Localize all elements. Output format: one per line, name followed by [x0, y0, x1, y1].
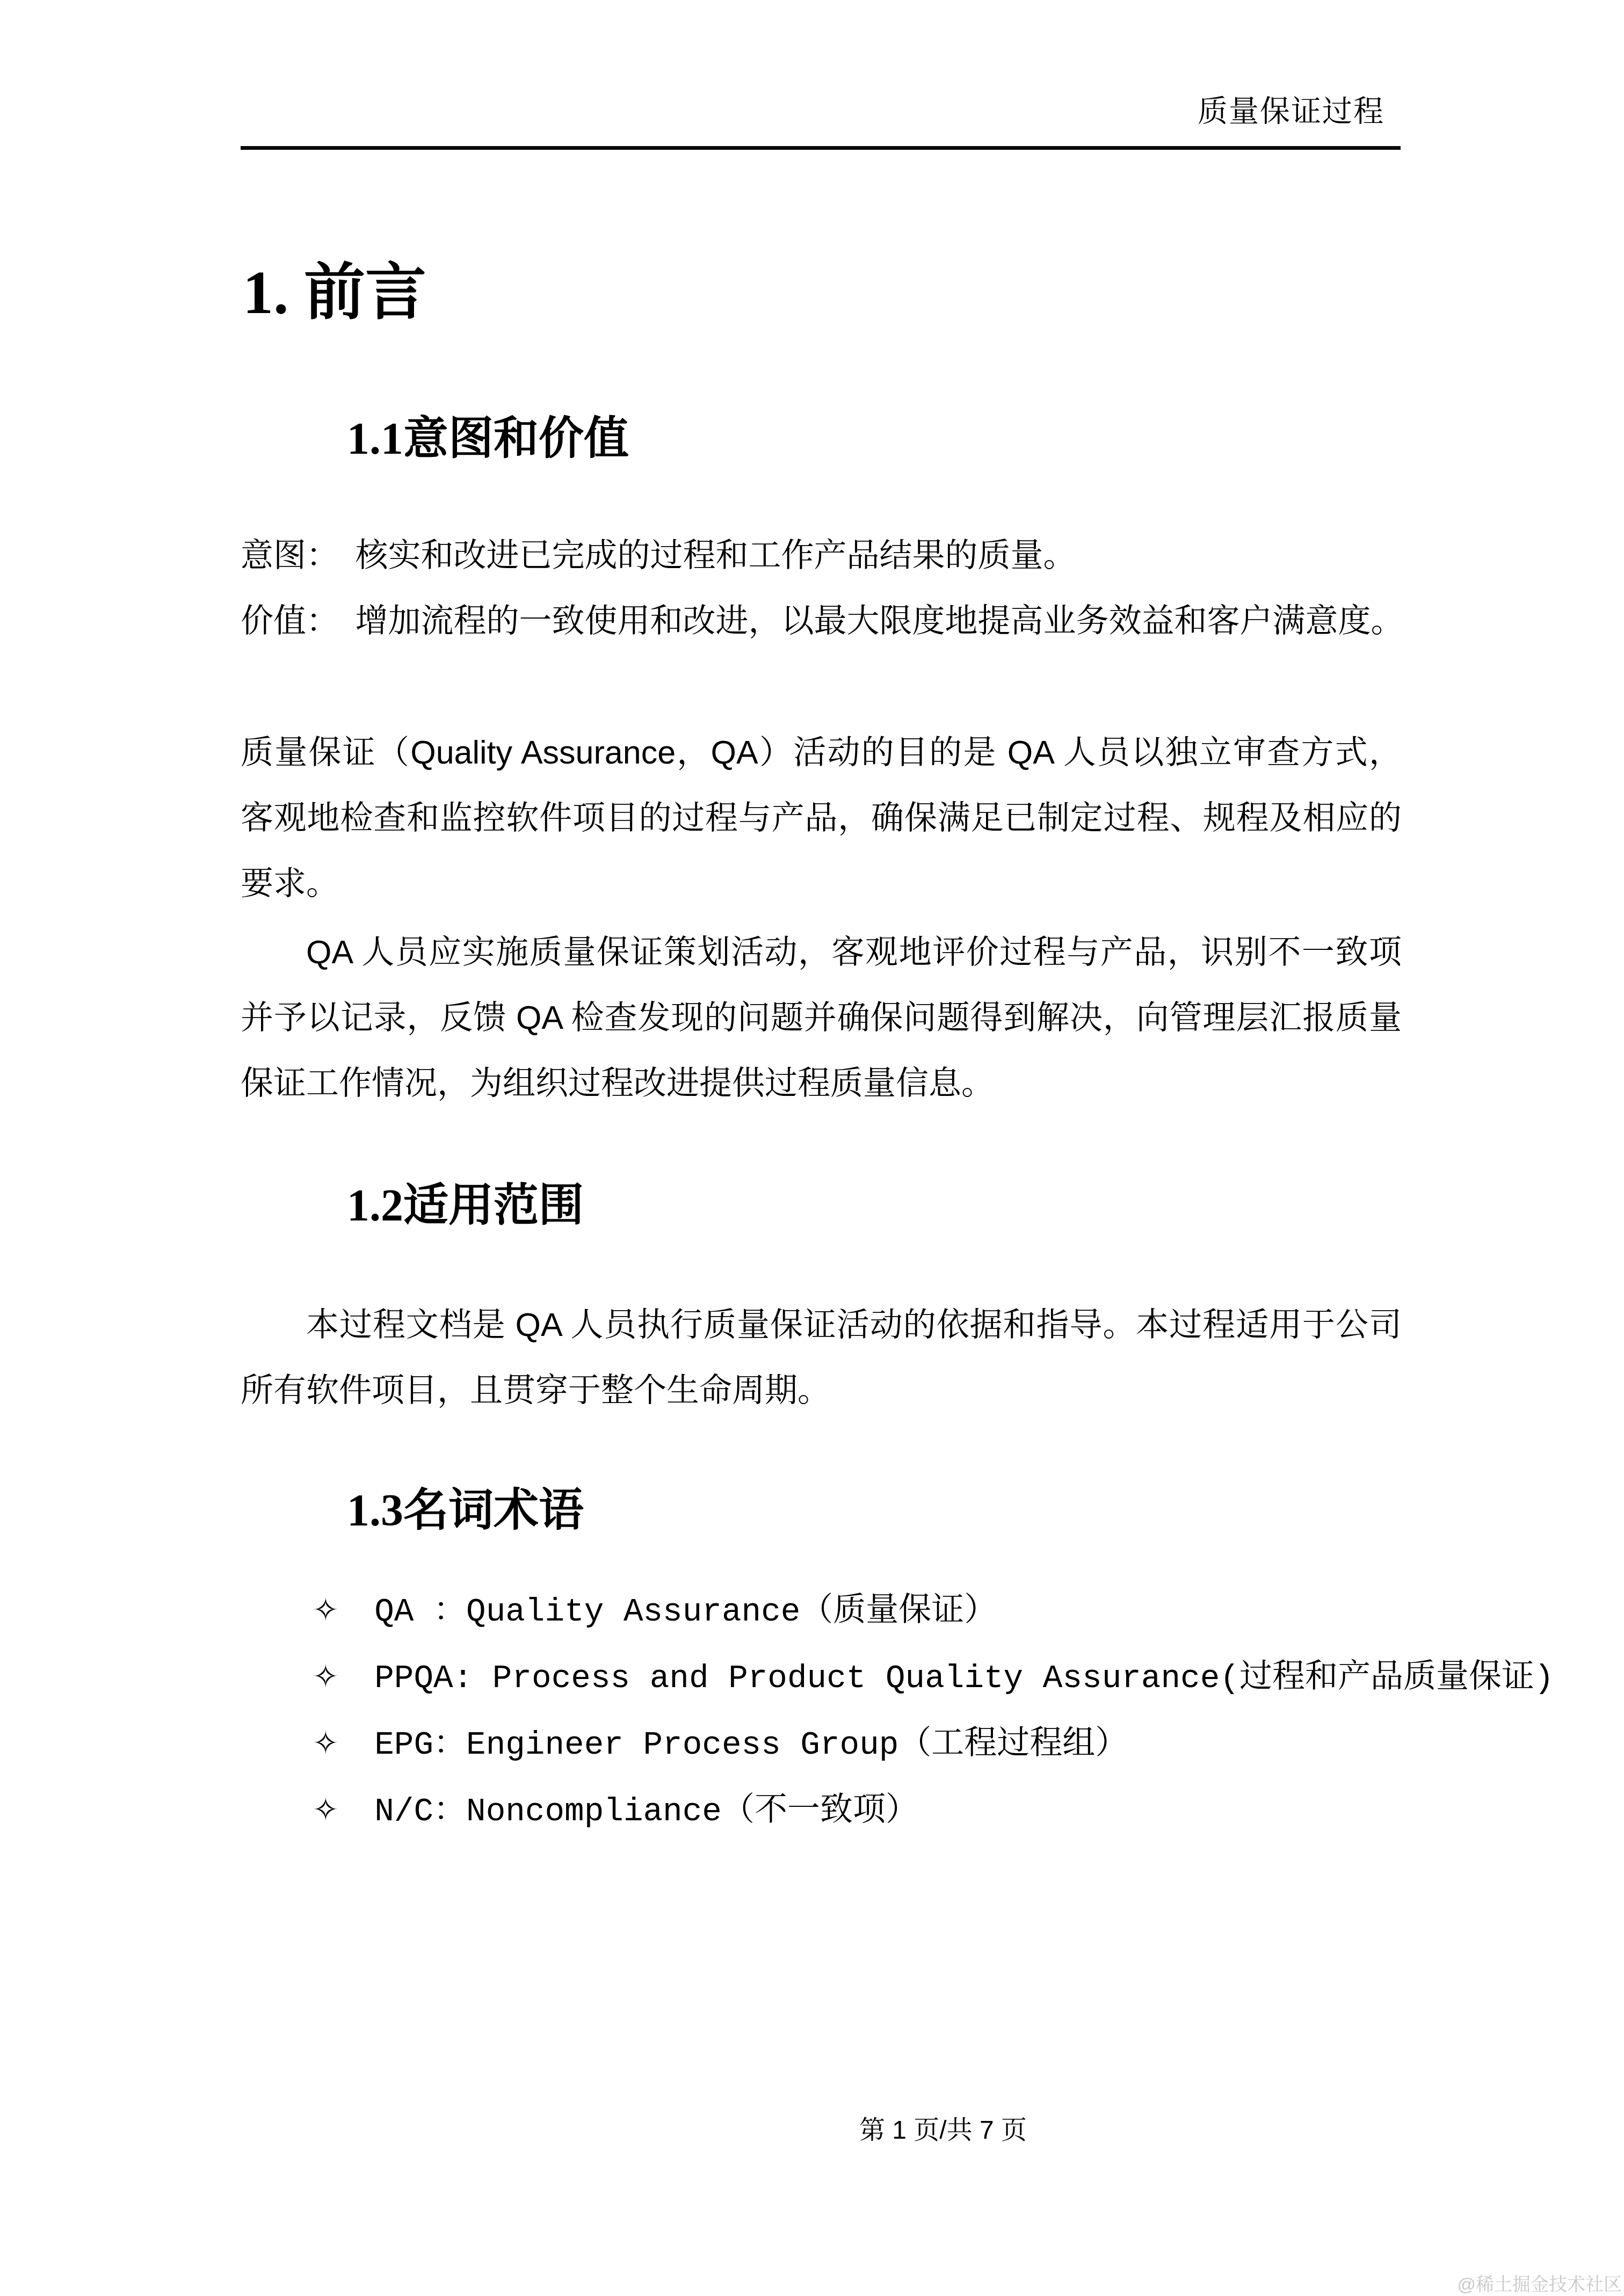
doc-title: 1. 前言	[243, 262, 426, 323]
term-item: ✧ QA ：Quality Assurance（质量保证）	[313, 1576, 1554, 1643]
term-item: ✧ EPG：Engineer Process Group（工程过程组）	[313, 1710, 1554, 1776]
term-item: ✧ PPQA: Process and Product Quality Assu…	[313, 1643, 1554, 1710]
intent-line: 意图： 核实和改进已完成的过程和工作产品结果的质量。	[241, 539, 1076, 572]
qa-activities-paragraph: QA 人员应实施质量保证策划活动，客观地评价过程与产品，识别不一致项并予以记录，…	[241, 919, 1402, 1116]
term-text: EPG：Engineer Process Group（工程过程组）	[374, 1727, 1128, 1764]
diamond-bullet-icon: ✧	[313, 1576, 339, 1643]
heading-1-2: 1.2适用范围	[347, 1183, 584, 1229]
term-text: N/C：Noncompliance（不一致项）	[374, 1793, 918, 1830]
term-text: QA ：Quality Assurance（质量保证）	[374, 1594, 997, 1631]
diamond-bullet-icon: ✧	[313, 1643, 339, 1710]
watermark: @稀土掘金技术社区	[1457, 2276, 1622, 2294]
diamond-bullet-icon: ✧	[313, 1776, 339, 1843]
term-item: ✧ N/C：Noncompliance（不一致项）	[313, 1776, 1554, 1843]
qa-purpose-paragraph: 质量保证（Quality Assurance，QA）活动的目的是 QA 人员以独…	[241, 720, 1402, 916]
diamond-bullet-icon: ✧	[313, 1710, 339, 1776]
header-title: 质量保证过程	[1198, 97, 1384, 127]
terms-list: ✧ QA ：Quality Assurance（质量保证） ✧ PPQA: Pr…	[313, 1576, 1554, 1843]
page-number: 第 1 页/共 7 页	[859, 2118, 1027, 2144]
heading-1-3: 1.3名词术语	[347, 1488, 584, 1534]
scope-paragraph: 本过程文档是 QA 人员执行质量保证活动的依据和指导。本过程适用于公司所有软件项…	[241, 1292, 1402, 1423]
term-text: PPQA: Process and Product Quality Assura…	[374, 1660, 1554, 1697]
header-rule	[241, 146, 1401, 150]
heading-1-1: 1.1意图和价值	[347, 417, 629, 462]
value-line: 价值： 增加流程的一致使用和改进，以最大限度地提高业务效益和客户满意度。	[241, 605, 1404, 637]
document-page: 质量保证过程 1. 前言 1.1意图和价值 意图： 核实和改进已完成的过程和工作…	[0, 0, 1624, 2296]
